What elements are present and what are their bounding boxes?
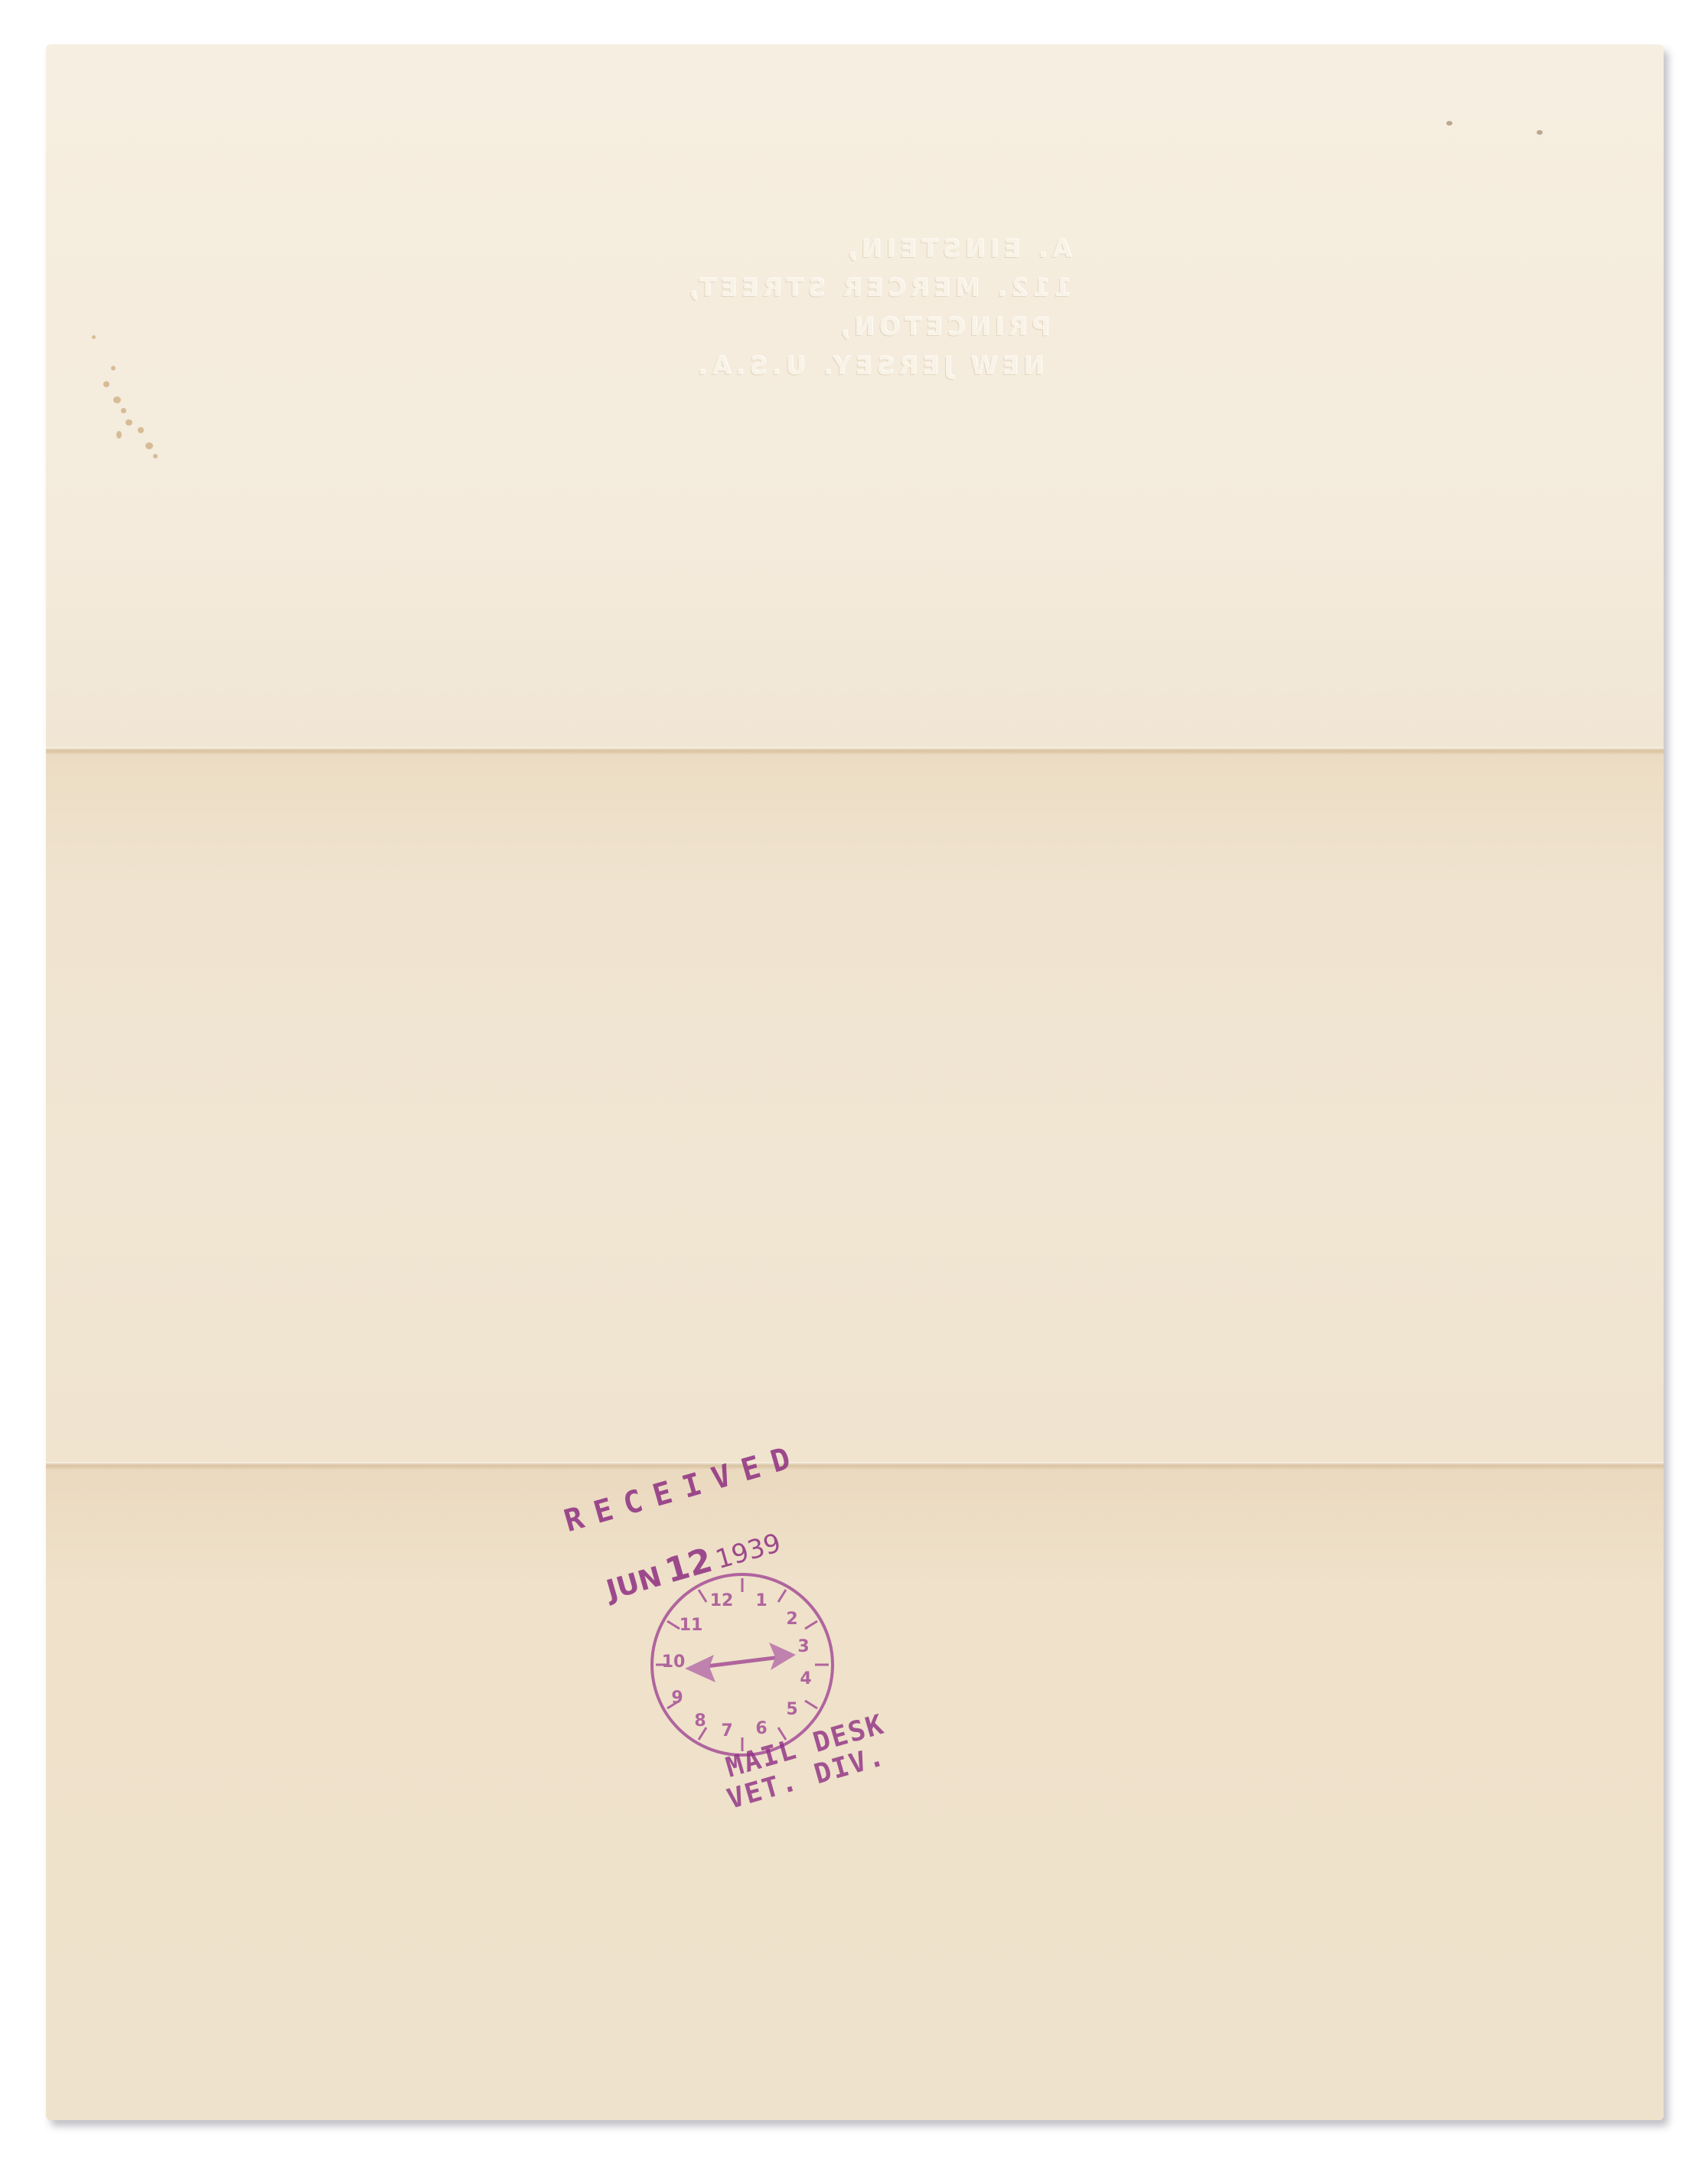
svg-text:10: 10 [662,1652,686,1672]
svg-text:6: 6 [755,1719,767,1738]
svg-text:8: 8 [694,1711,706,1731]
fold-crease-upper [46,747,1664,755]
svg-text:4: 4 [800,1669,811,1688]
svg-text:5: 5 [786,1700,797,1719]
svg-text:11: 11 [680,1616,703,1635]
pinhole [1537,130,1543,135]
middle-fold-panel [46,752,1664,1466]
letterhead-state-country: NEW JERSEY. U.S.A. [597,347,1071,386]
letterhead-city: PRINCETON, [597,308,1071,347]
embossed-letterhead: A. EINSTEIN, 112. MERCER STREET, PRINCET… [597,230,1071,386]
svg-text:9: 9 [671,1688,683,1708]
fold-crease-lower [46,1462,1664,1470]
top-fold-panel [46,44,1664,752]
svg-text:3: 3 [797,1637,809,1656]
pinhole [1446,121,1452,126]
svg-text:12: 12 [710,1591,734,1610]
clock-hand-arrow-icon [685,1643,796,1682]
svg-text:7: 7 [721,1721,732,1741]
svg-text:2: 2 [786,1610,797,1629]
letterhead-street: 112. MERCER STREET, [597,269,1071,308]
svg-text:1: 1 [755,1591,767,1610]
bottom-fold-panel [46,1466,1664,2120]
letterhead-name: A. EINSTEIN, [597,230,1071,269]
